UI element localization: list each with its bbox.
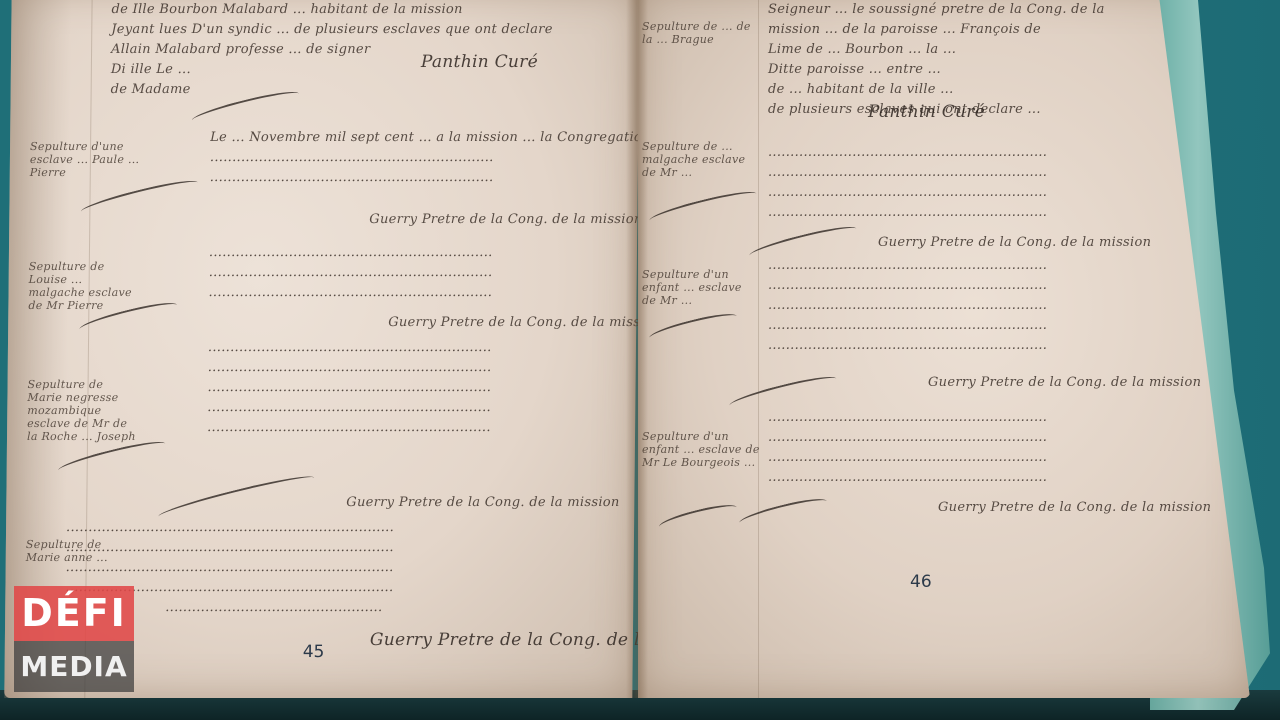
entry-text: ........................................… [207, 420, 491, 435]
entry-text: ........................................… [768, 470, 1047, 485]
signature: Panthin Curé [868, 102, 985, 122]
page-number: 45 [303, 642, 325, 662]
book-gutter [626, 0, 648, 698]
text-line: Allain Malabard professe ... de signer [111, 42, 371, 57]
entry-text: Le ... Novembre mil sept cent ... a la m… [210, 130, 669, 145]
margin-note: Sepulture de ... de la ... Brague [642, 20, 752, 46]
text-line: Jeyant lues D'un syndic ... de plusieurs… [111, 22, 553, 37]
signature: Panthin Curé [421, 52, 538, 72]
text-line: de ... habitant de la ville ... [768, 82, 954, 97]
entry-signature: Guerry Pretre de la Cong. de la mission [928, 375, 1201, 390]
flourish [648, 187, 758, 227]
watermark-line1: DÉFI [14, 586, 134, 641]
entry-signature: Guerry Pretre de la Cong. de la mission [938, 500, 1211, 515]
margin-rule [758, 0, 759, 698]
margin-note: Sepulture d'une esclave ... Paule ... Pi… [30, 140, 140, 179]
text-line: Ditte paroisse ... entre ... [768, 62, 941, 77]
flourish [657, 501, 738, 534]
margin-note: Sepulture d'un enfant ... esclave de Mr … [642, 430, 762, 469]
entry-text: ........................................… [768, 205, 1047, 220]
text-line: Seigneur ... le soussigné pretre de la C… [768, 2, 1105, 17]
entry-text: ........................................… [768, 338, 1047, 353]
entry-signature: Guerry Pretre de la Cong. de la mission [878, 235, 1151, 250]
entry-text: ........................................… [768, 298, 1047, 313]
entry-text: ........................................… [768, 165, 1047, 180]
entry-text: ........................................… [207, 400, 491, 415]
entry-text: ........................................… [768, 185, 1047, 200]
entry-text: ........................................… [165, 600, 382, 615]
entry-text: ........................................… [768, 318, 1047, 333]
flourish [80, 176, 200, 219]
entry-text: ........................................… [210, 150, 494, 165]
text-line: Lime de ... Bourbon ... la ... [768, 42, 956, 57]
entry-text: ........................................… [768, 145, 1047, 160]
right-page: Seigneur ... le soussigné pretre de la C… [638, 0, 1250, 698]
entry-text: ........................................… [208, 340, 492, 355]
entry-text: ........................................… [768, 258, 1047, 273]
text-line: de Ille Bourbon Malabard ... habitant de… [111, 2, 462, 17]
defi-media-watermark: DÉFI MEDIA [14, 586, 134, 692]
entry-signature: Guerry Pretre de la Cong. de la mission [388, 315, 661, 330]
flourish [190, 87, 300, 127]
text-line: mission ... de la paroisse ... François … [768, 22, 1041, 37]
text-line: Di ille Le ... [111, 62, 191, 77]
entry-signature: Guerry Pretre de la Cong. de la mission [346, 495, 619, 510]
entry-signature: Guerry Pretre de la Cong. de la mission [369, 212, 642, 227]
flourish [738, 494, 829, 529]
entry-text: ........................................… [768, 278, 1047, 293]
entry-text: ........................................… [66, 560, 394, 575]
margin-note: Sepulture de Marie negresse mozambique e… [27, 378, 138, 443]
entry-text: ........................................… [768, 410, 1047, 425]
entry-text: ........................................… [209, 245, 493, 260]
flourish [728, 372, 838, 412]
entry-text: ........................................… [209, 265, 493, 280]
entry-text: ........................................… [768, 450, 1047, 465]
flourish [157, 471, 316, 523]
open-register-book: de Ille Bourbon Malabard ... habitant de… [8, 0, 1253, 698]
entry-text: ........................................… [768, 430, 1047, 445]
entry-text: ........................................… [208, 360, 492, 375]
entry-text: ........................................… [208, 285, 492, 300]
flourish [648, 309, 739, 344]
flourish [748, 222, 858, 262]
page-number: 46 [910, 572, 932, 592]
watermark-line2: MEDIA [14, 641, 134, 692]
entry-text: ........................................… [66, 540, 394, 555]
entry-text: ........................................… [66, 520, 394, 535]
text-line: de Madame [111, 82, 191, 97]
margin-note: Sepulture de ... malgache esclave de Mr … [642, 140, 752, 179]
entry-text: ........................................… [210, 170, 494, 185]
margin-note: Sepulture de Louise ... malgache esclave… [28, 260, 139, 312]
margin-note: Sepulture d'un enfant ... esclave de Mr … [642, 268, 752, 307]
entry-text: ........................................… [207, 380, 491, 395]
